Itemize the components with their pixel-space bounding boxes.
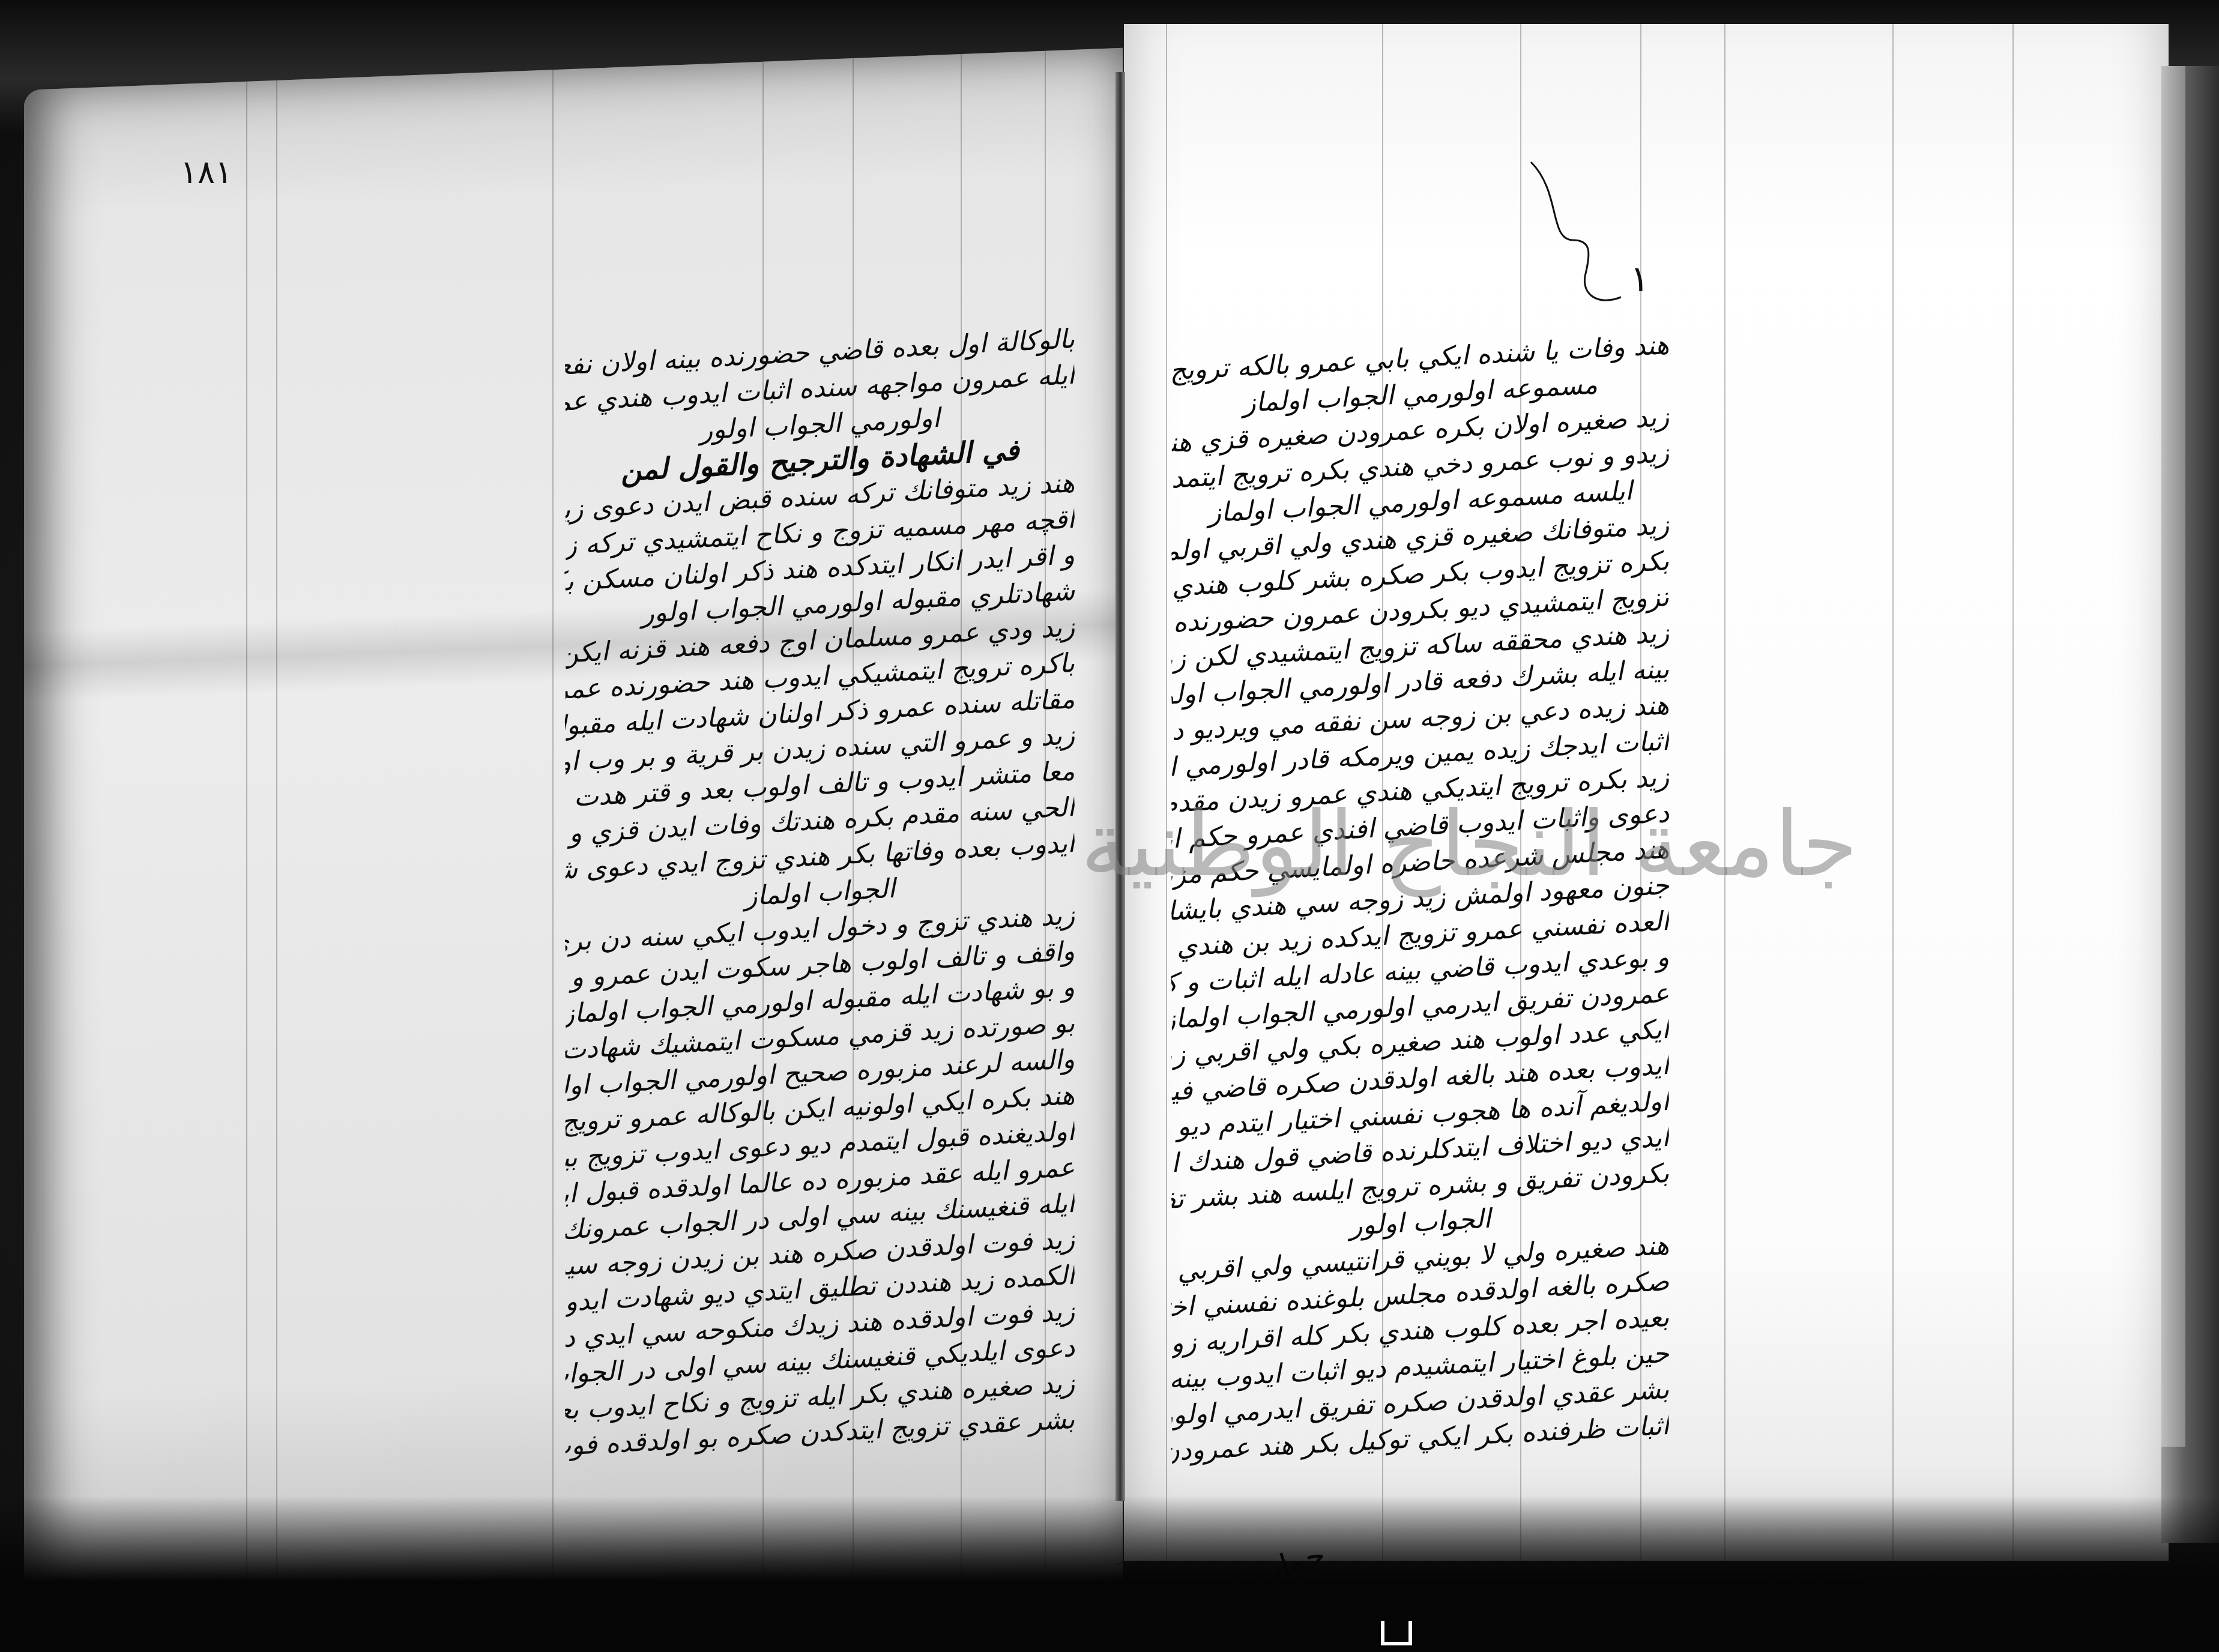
ruling-line	[1892, 24, 1894, 1561]
left-page-text: بالوكالة اول بعده قاضي حضورنده بينه اولا…	[564, 321, 1075, 1438]
scanner-clip-mark	[1381, 1621, 1412, 1645]
page-stack-edge-highlight	[2161, 66, 2185, 1447]
loose-thread-icon	[1525, 156, 1675, 312]
page-number: ١٨١	[180, 153, 232, 191]
ruling-line	[276, 80, 277, 1617]
ruling-line	[246, 82, 247, 1618]
institution-watermark: جامعة النجاح الوطنية	[1081, 792, 1858, 897]
ruling-line	[552, 70, 554, 1606]
book-gutter	[1116, 72, 1125, 1501]
scan-bottom-shadow	[0, 1496, 2219, 1652]
ruling-line	[2012, 24, 2014, 1561]
